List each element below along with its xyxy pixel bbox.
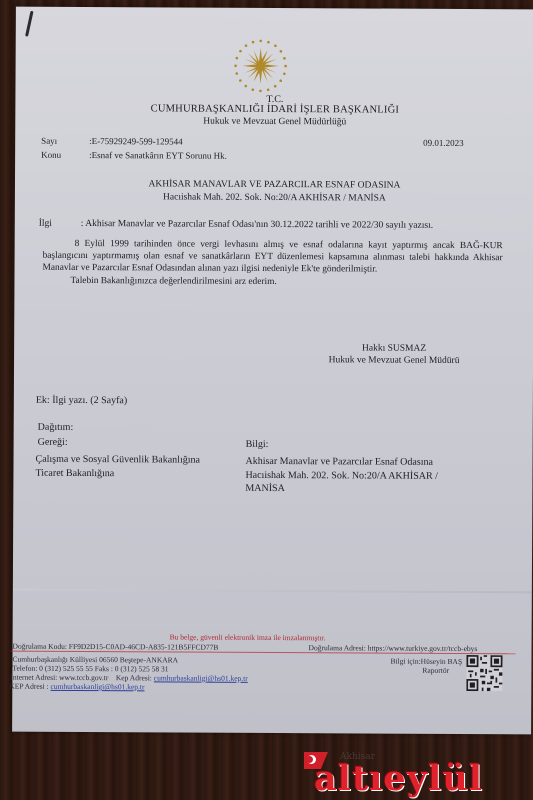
konu-value: :Esnaf ve Sanatkârın EYT Sorunu Hk.	[89, 150, 227, 161]
bilgi-label: Bilgi:	[246, 438, 436, 452]
distribution-label: Dağıtım:	[38, 422, 74, 433]
body-paragraph: 8 Eylül 1999 tarihinden önce vergi levha…	[43, 238, 503, 277]
footer-kep-2: KEP Adresi : cumhurbaskanligi@hs01.kep.t…	[9, 682, 144, 692]
qr-code-icon[interactable]	[466, 655, 502, 691]
document-date: 09.01.2023	[423, 138, 464, 148]
signer-name: Hakkı SUSMAZ	[294, 343, 494, 354]
recipient-address: Hacıishak Mah. 202. Sok. No:20/A AKHİSAR…	[15, 192, 533, 205]
body-closing: Talebin Bakanlığınızca değerlendirilmesi…	[42, 274, 502, 289]
info-contact: Bilgi için:Hüseyin BAŞ	[390, 657, 462, 666]
pen-mark	[25, 11, 33, 37]
attachment-note: Ek: İlgi yazı. (2 Sayfa)	[36, 395, 127, 406]
header-organization: CUMHURBAŞKANLIĞI İDARİ İŞLER BAŞKANLIĞI	[15, 103, 533, 117]
kep-label: Kep Adresi:	[116, 673, 152, 682]
paper-fold	[13, 589, 532, 594]
gerei-item: Ticaret Bakanlığına	[35, 468, 114, 479]
bilgi-list: Akhisar Manavlar ve Pazarcılar Esnaf Oda…	[245, 455, 485, 497]
sayi-label: Sayı	[41, 136, 57, 146]
bilgi-item: MANİSA	[245, 482, 485, 497]
internet-address: İnternet Adresi: www.tccb.gov.tr	[10, 673, 108, 683]
watermark-name: altıeylül	[314, 758, 483, 799]
header-department: Hukuk ve Mevzuat Genel Müdürlüğü	[15, 116, 533, 129]
presidential-seal-icon	[232, 38, 288, 94]
kep-link[interactable]: cumhurbaskanligi@hs01.kep.tr	[51, 682, 145, 691]
kep-label: KEP Adresi :	[9, 682, 48, 691]
ilgi-value: : Akhisar Manavlar ve Pazarcılar Esnaf O…	[81, 219, 433, 231]
info-role: Raportör	[422, 666, 449, 675]
official-letter: T.C. CUMHURBAŞKANLIĞI İDARİ İŞLER BAŞKAN…	[12, 7, 533, 735]
konu-label: Konu	[41, 150, 61, 160]
gerei-item: Çalışma ve Sosyal Güvenlik Bakanlığına	[36, 454, 200, 466]
sayi-value: :E-75929249-599-129544	[89, 136, 183, 146]
recipient-name: AKHİSAR MANAVLAR VE PAZARCILAR ESNAF ODA…	[15, 179, 533, 192]
kep-link[interactable]: cumhurbaskanligi@hs01.kep.tr	[154, 673, 248, 682]
letter-body: 8 Eylül 1999 tarihinden önce vergi levha…	[42, 238, 502, 289]
signer-title: Hukuk ve Mevzuat Genel Müdürü	[294, 355, 494, 366]
bilgi-item: Hacıishak Mah. 202. Sok. No:20/A AKHİSAR…	[245, 468, 485, 483]
ilgi-label: İlgi	[39, 219, 52, 229]
gerei-label: Gereği:	[38, 437, 68, 448]
e-signature-notice: Bu belge, güvenli elektronik imza ile im…	[170, 632, 326, 642]
bilgi-item: Akhisar Manavlar ve Pazarcılar Esnaf Oda…	[245, 455, 485, 470]
